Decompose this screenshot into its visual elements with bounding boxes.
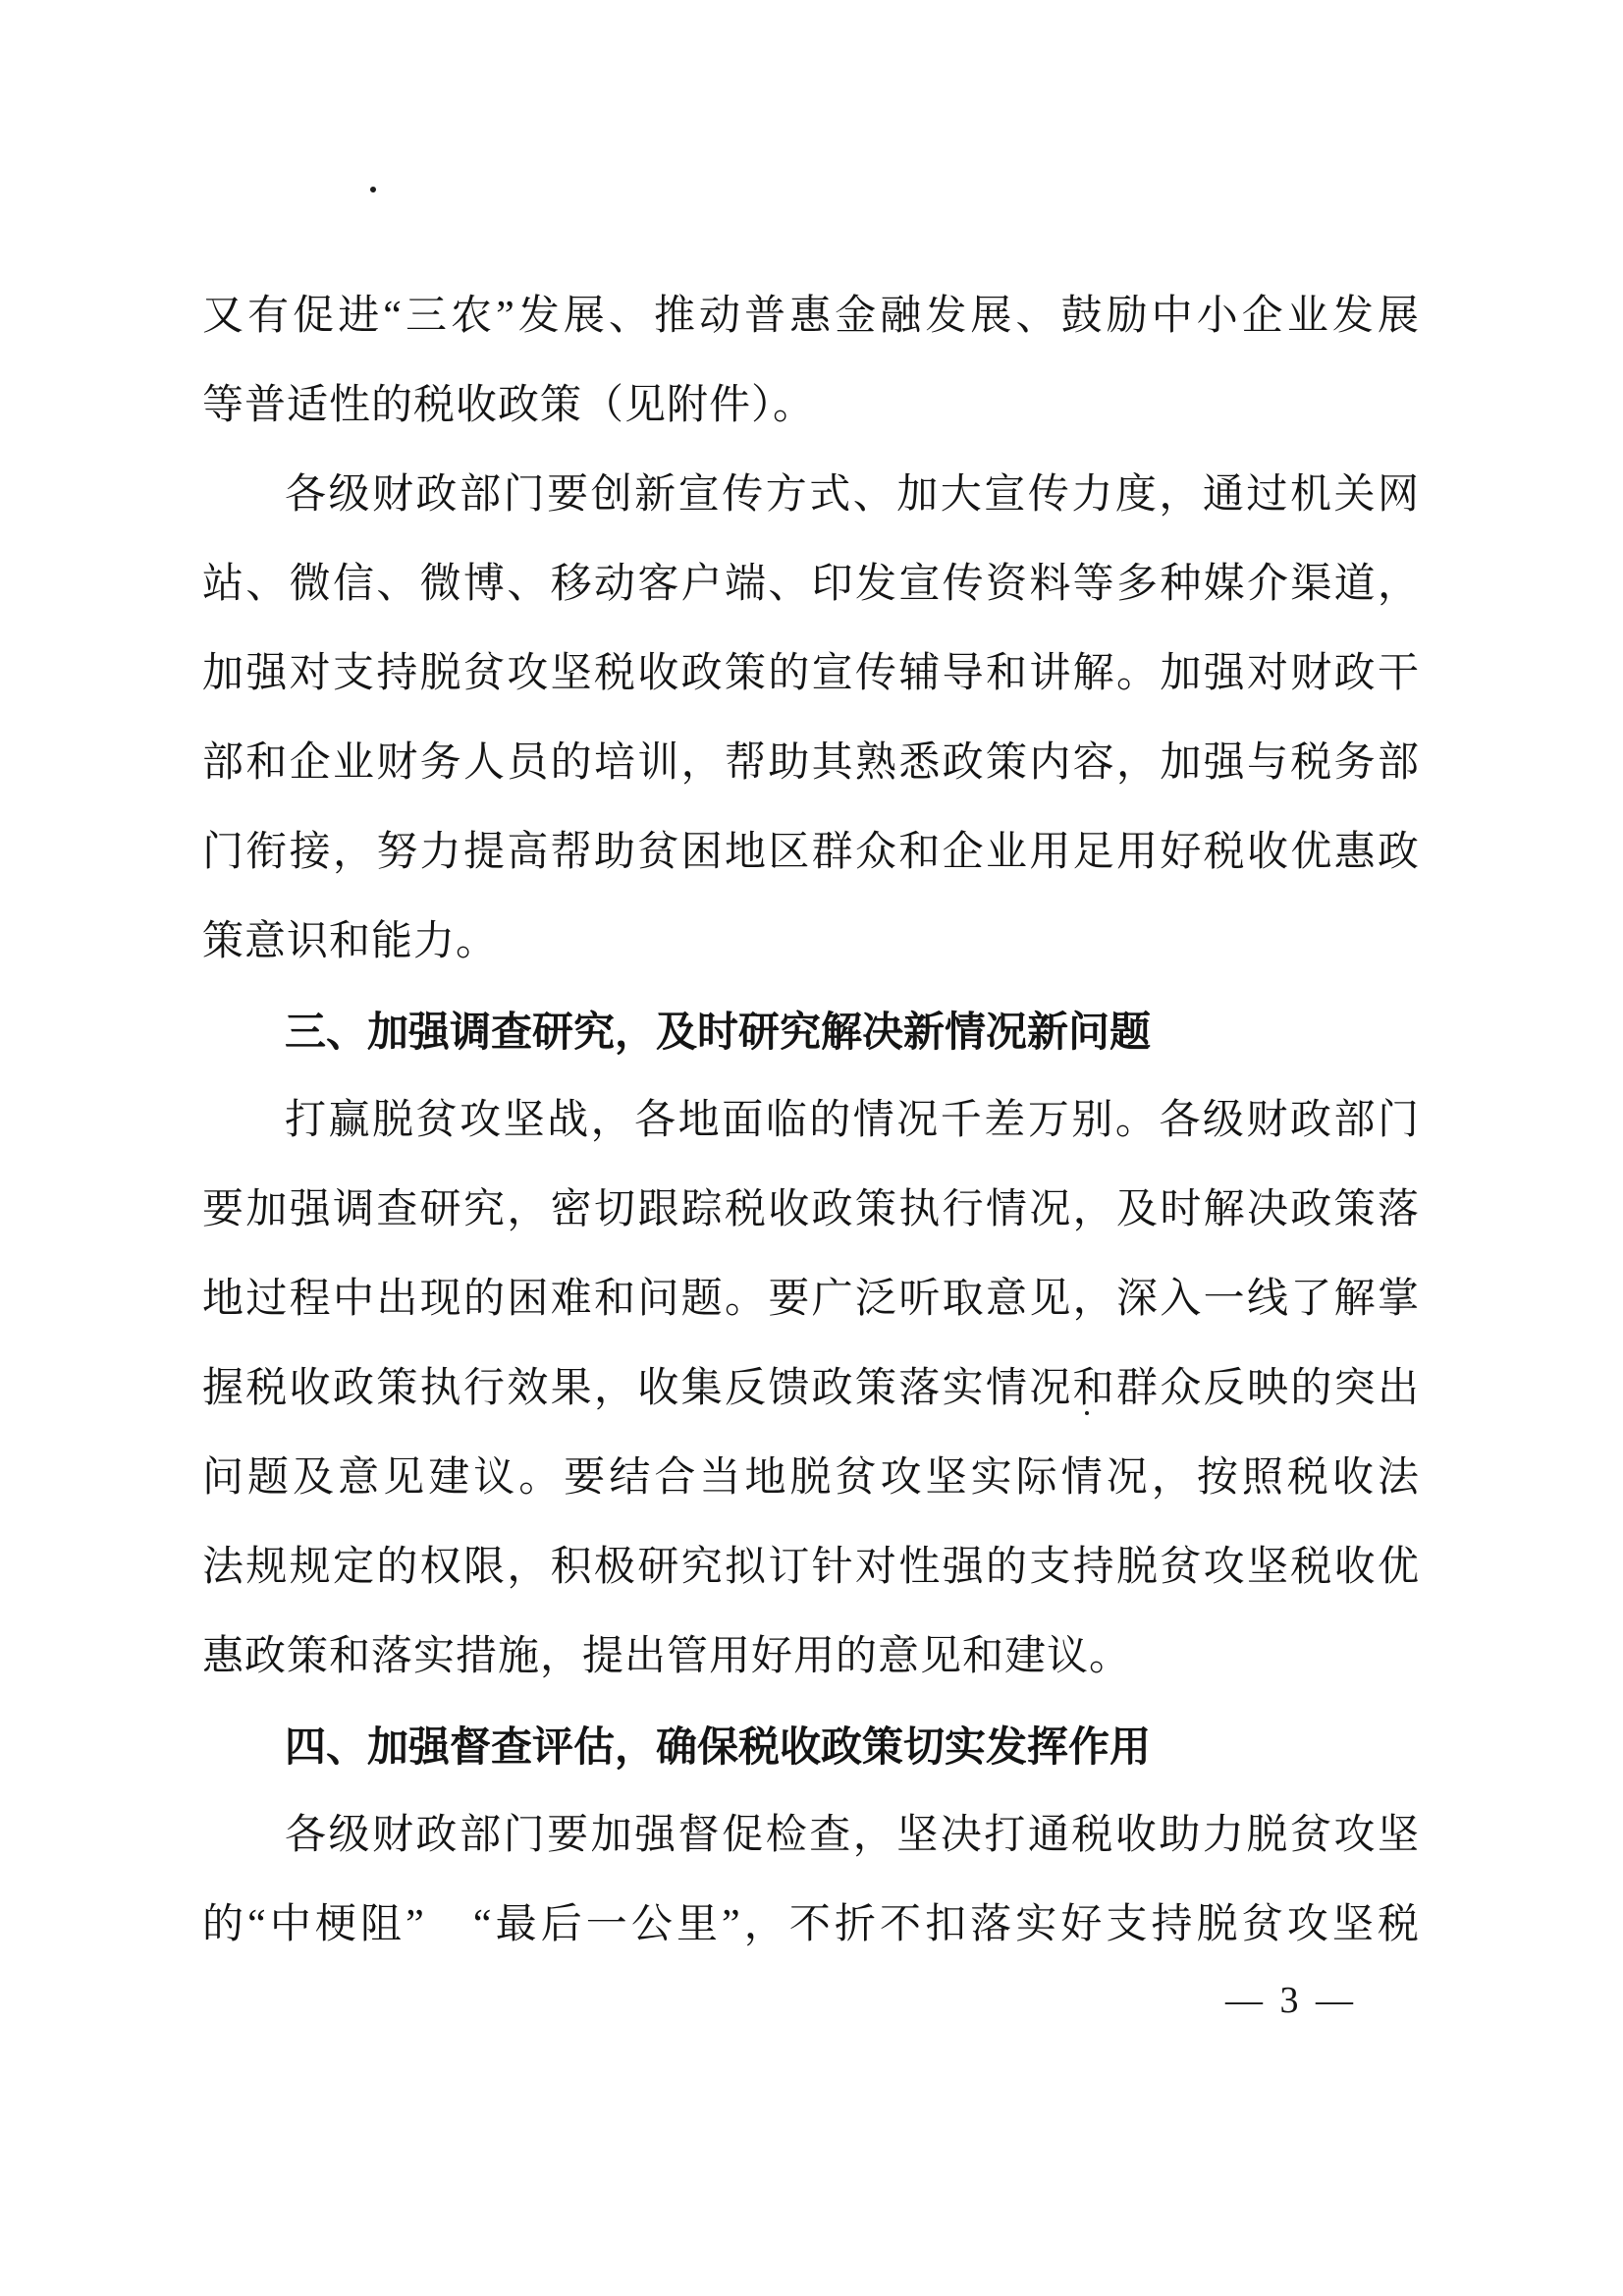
text-line: 各级财政部门要创新宣传方式、加大宣传力度，通过机关网 xyxy=(202,451,1420,540)
text-line: 等普适性的税收政策（见附件）。 xyxy=(202,361,1420,451)
text-line: 部和企业财务人员的培训，帮助其熟悉政策内容，加强与税务部 xyxy=(202,719,1420,808)
ink-speck xyxy=(370,187,376,192)
section-heading-3: 三、加强调查研究，及时研究解决新情况新问题 xyxy=(202,987,1420,1076)
page-number: — 3 — xyxy=(1203,1976,1380,2025)
text-line: 问题及意见建议。要结合当地脱贫攻坚实际情况，按照税收法律、 xyxy=(202,1434,1420,1523)
text-line: 站、微信、微博、移动客户端、印发宣传资料等多种媒介渠道， xyxy=(202,540,1420,629)
text-line: 要加强调查研究，密切跟踪税收政策执行情况，及时解决政策落 xyxy=(202,1166,1420,1255)
text-line: 加强对支持脱贫攻坚税收政策的宣传辅导和讲解。加强对财政干 xyxy=(202,629,1420,719)
body-text: 又有促进“三农”发展、推动普惠金融发展、鼓励中小企业发展 等普适性的税收政策（见… xyxy=(202,272,1420,1970)
text-line: 的“中梗阻” “最后一公里”，不折不扣落实好支持脱贫攻坚税 xyxy=(202,1881,1420,1970)
text-line: 各级财政部门要加强督促检查，坚决打通税收助力脱贫攻坚 xyxy=(202,1791,1420,1881)
text-line: 打赢脱贫攻坚战，各地面临的情况千差万别。各级财政部门 xyxy=(202,1076,1420,1166)
text-line: 又有促进“三农”发展、推动普惠金融发展、鼓励中小企业发展 xyxy=(202,272,1420,361)
text-line: 握税收政策执行效果，收集反馈政策落实情况和群众反映的突出 xyxy=(202,1344,1420,1434)
text-line: 惠政策和落实措施，提出管用好用的意见和建议。 xyxy=(202,1613,1420,1702)
section-heading-4: 四、加强督查评估，确保税收政策切实发挥作用 xyxy=(202,1702,1420,1791)
text-line: 门衔接，努力提高帮助贫困地区群众和企业用足用好税收优惠政 xyxy=(202,808,1420,898)
text-line: 策意识和能力。 xyxy=(202,898,1420,987)
text-line: 地过程中出现的困难和问题。要广泛听取意见，深入一线了解掌 xyxy=(202,1255,1420,1344)
document-page: 又有促进“三农”发展、推动普惠金融发展、鼓励中小企业发展 等普适性的税收政策（见… xyxy=(0,0,1623,2296)
text-line: 法规规定的权限，积极研究拟订针对性强的支持脱贫攻坚税收优 xyxy=(202,1523,1420,1613)
